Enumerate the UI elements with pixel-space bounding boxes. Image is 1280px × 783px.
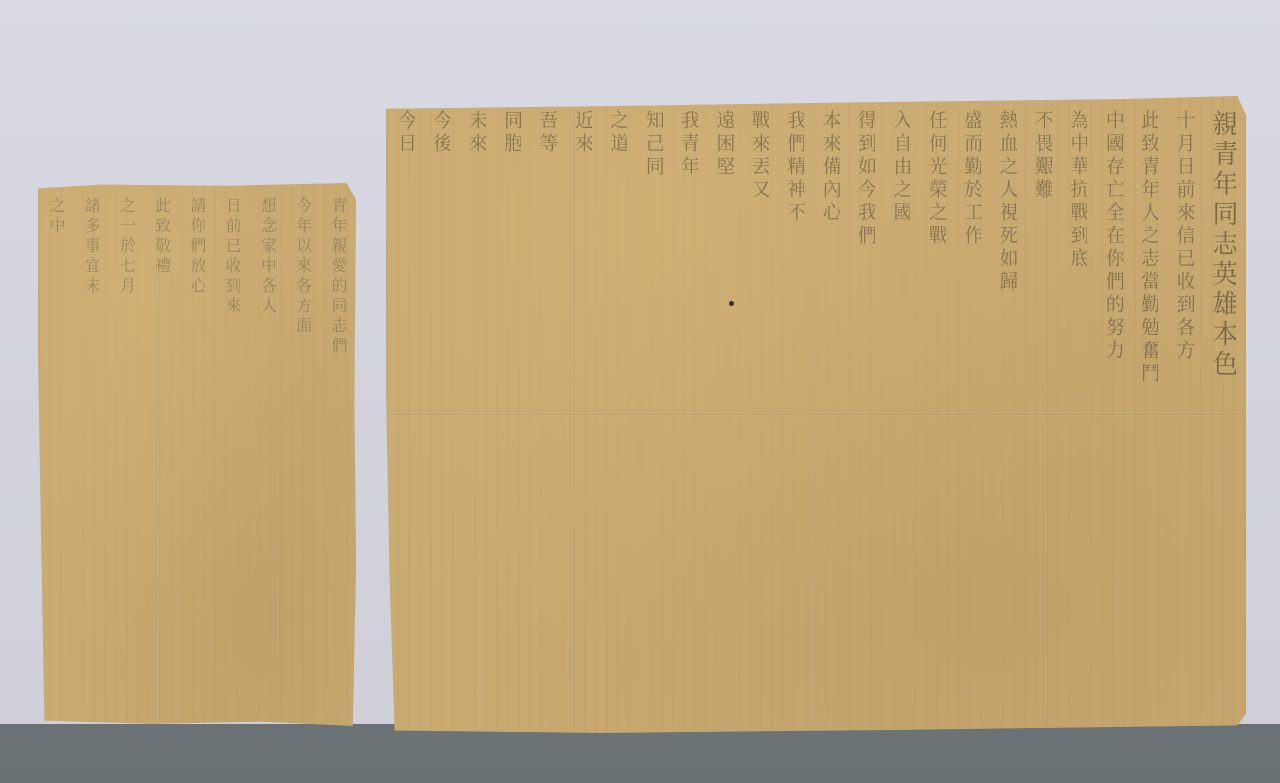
small-letter-page: 青年親愛的同志們 今年以來各方面 想念家中各人 日前已收到來 請你們放心 此致敬…: [38, 183, 356, 726]
text-column: 之道: [608, 110, 627, 723]
large-letter-page: 親青年同志英雄本色 十月日前來信已收到各方 此致青年人之志當勤勉奮鬥 中國存亡全…: [386, 96, 1246, 733]
text-column: 之一於七月: [119, 197, 135, 716]
text-column: 諸多事宜未: [83, 197, 99, 716]
text-column: 本來備內心: [821, 110, 840, 723]
text-column: 任何光榮之戰: [927, 110, 946, 723]
text-column: 盛而勤於工作: [962, 110, 981, 723]
small-letter-text: 青年親愛的同志們 今年以來各方面 想念家中各人 日前已收到來 請你們放心 此致敬…: [48, 197, 346, 716]
text-column: 我青年: [679, 110, 698, 723]
text-column: 同胞: [502, 110, 521, 723]
text-column: 今日: [396, 110, 415, 723]
text-column: 不畏艱難: [1033, 110, 1052, 723]
large-letter-text: 親青年同志英雄本色 十月日前來信已收到各方 此致青年人之志當勤勉奮鬥 中國存亡全…: [396, 110, 1236, 723]
text-column: 請你們放心: [189, 197, 205, 716]
text-column: 我們精神不: [785, 110, 804, 723]
text-column: 知己同: [644, 110, 663, 723]
text-column: 青年親愛的同志們: [330, 197, 346, 716]
text-column: 近來: [573, 110, 592, 723]
text-column: 十月日前來信已收到各方: [1175, 110, 1194, 723]
text-column: 入自由之國: [891, 110, 910, 723]
text-column: 今後: [431, 110, 450, 723]
text-column: 為中華抗戰到底: [1068, 110, 1087, 723]
text-column: 想念家中各人: [260, 197, 276, 716]
text-column: 日前已收到來: [224, 197, 240, 716]
letter-salutation: 親青年同志英雄本色: [1210, 110, 1236, 723]
text-column: 戰來丟又: [750, 110, 769, 723]
text-column: 得到如今我們: [856, 110, 875, 723]
text-column: 吾等: [538, 110, 557, 723]
text-column: 未來: [467, 110, 486, 723]
text-column: 之中: [48, 197, 64, 716]
text-column: 熱血之人視死如歸: [998, 110, 1017, 723]
shelf-surface: [0, 724, 1280, 783]
text-column: 此致青年人之志當勤勉奮鬥: [1139, 110, 1158, 723]
text-column: 此致敬禮: [154, 197, 170, 716]
text-column: 今年以來各方面: [295, 197, 311, 716]
text-column: 中國存亡全在你們的努力: [1104, 110, 1123, 723]
text-column: 遠困堅: [715, 110, 734, 723]
